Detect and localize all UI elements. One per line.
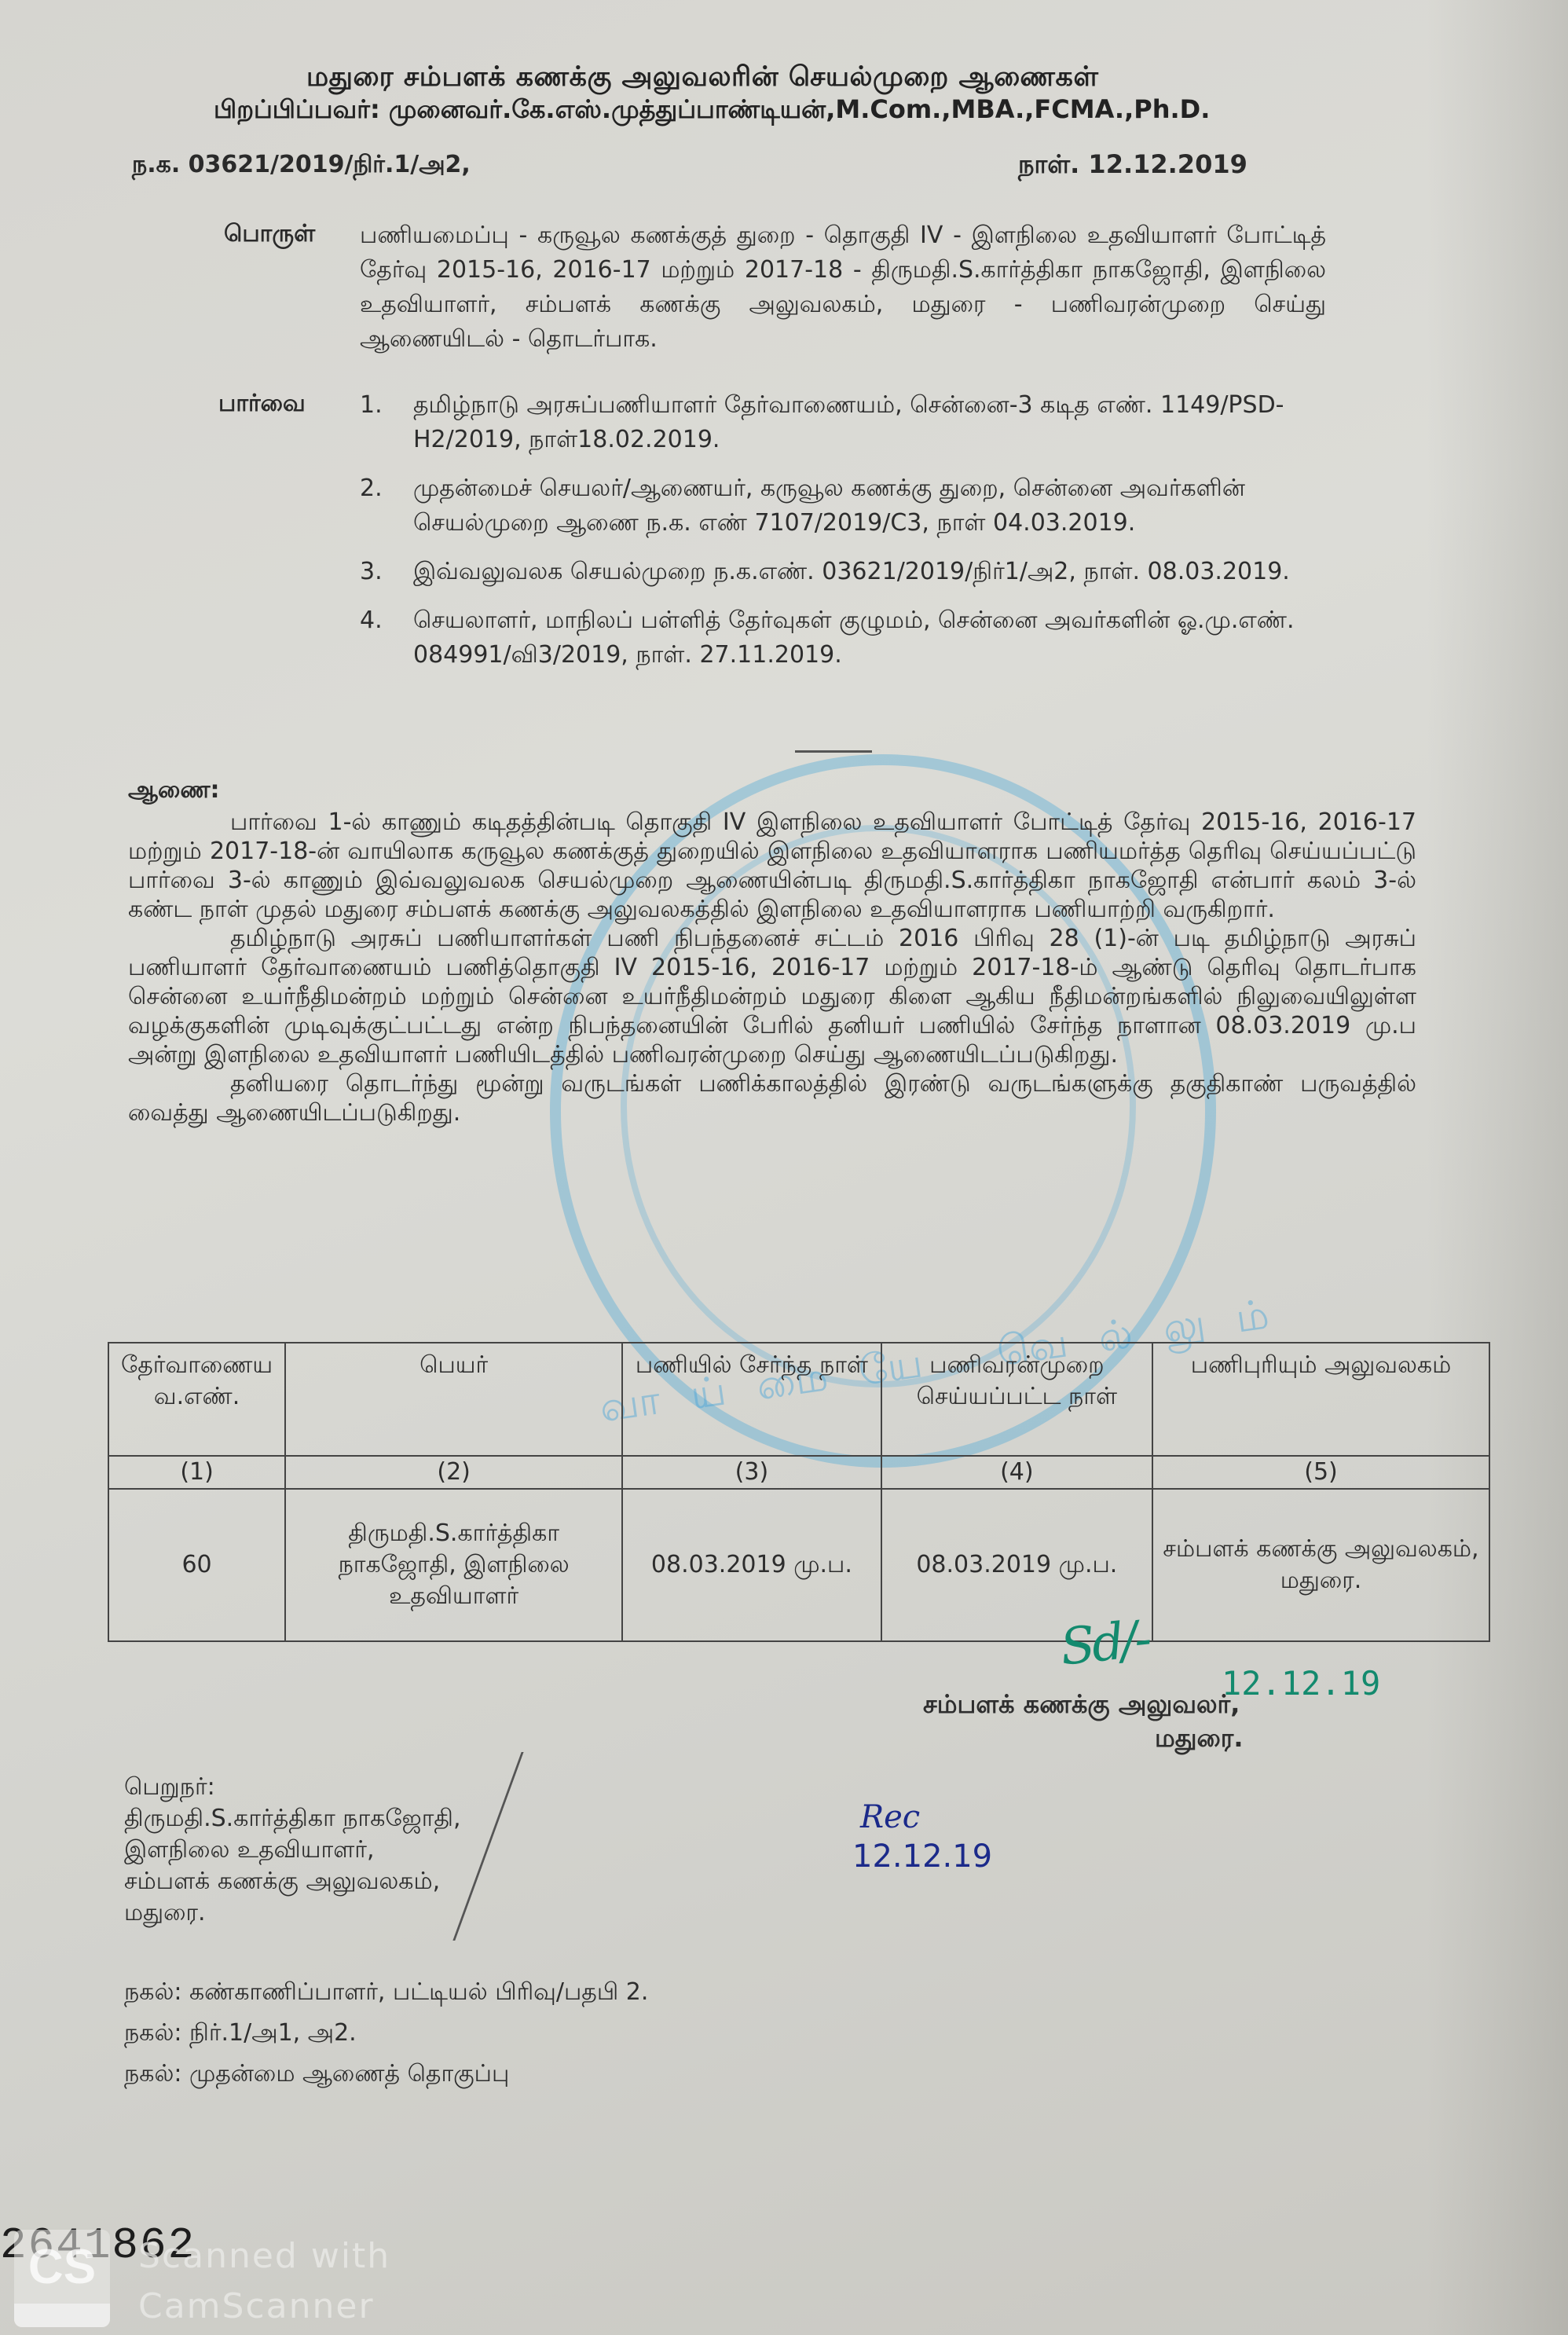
cell-serial: 60 [108, 1489, 285, 1641]
reference-text-4: செயலாளர், மாநிலப் பள்ளித் தேர்வுகள் குழு… [413, 603, 1334, 673]
page-edge-shadow [1427, 0, 1568, 2335]
column-number-row: (1) (2) (3) (4) (5) [108, 1456, 1489, 1489]
table-header-row: தேர்வாணைய வ.எண். பெயர் பணியில் சேர்ந்த ந… [108, 1343, 1489, 1456]
officer-signature: Sd/- [1057, 1610, 1151, 1677]
reference-number-3: 3. [360, 555, 413, 589]
watermark-line-1: Scanned with [138, 2231, 390, 2282]
recipient-line: மதுரை. [124, 1897, 461, 1929]
issuing-authority: பிறப்பிப்பவர்: முனைவர்.கே.எஸ்.முத்துப்பா… [214, 94, 1210, 127]
reference-number-1: 1. [360, 388, 413, 457]
camscanner-watermark: Scanned with CamScanner [138, 2231, 390, 2332]
reference-text-3: இவ்வலுவலக செயல்முறை ந.க.எண். 03621/2019/… [413, 555, 1334, 589]
document-title: மதுரை சம்பளக் கணக்கு அலுவலரின் செயல்முறை… [306, 61, 1098, 96]
header-name: பெயர் [285, 1343, 622, 1456]
header-joining-date: பணியில் சேர்ந்த நாள் [622, 1343, 881, 1456]
column-number: (2) [285, 1456, 622, 1489]
header-working-office: பணிபுரியும் அலுவலகம் [1152, 1343, 1489, 1456]
reference-text-2: முதன்மைச் செயலர்/ஆணையர், கருவூல கணக்கு த… [413, 471, 1334, 541]
regularisation-table: தேர்வாணைய வ.எண். பெயர் பணியில் சேர்ந்த ந… [108, 1342, 1490, 1642]
recipient-line: இளநிலை உதவியாளர், [124, 1835, 461, 1866]
acknowledgement-date: 12.12.19 [852, 1838, 992, 1875]
copy-to-list: நகல்: கண்காணிப்பாளர், பட்டியல் பிரிவு/பத… [124, 1972, 648, 2095]
header-regularisation-date: பணிவரன்முறை செய்யப்பட்ட நாள் [881, 1343, 1152, 1456]
column-number: (3) [622, 1456, 881, 1489]
references-label: பார்வை [218, 390, 306, 420]
subject-label: பொருள் [224, 220, 315, 251]
reference-item: 1. தமிழ்நாடு அரசுப்பணியாளர் தேர்வாணையம்,… [360, 388, 1334, 457]
reference-number-4: 4. [360, 603, 413, 673]
header-tnpsc-serial: தேர்வாணைய வ.எண். [108, 1343, 285, 1456]
reference-item: 2. முதன்மைச் செயலர்/ஆணையர், கருவூல கணக்க… [360, 471, 1334, 541]
document-date: நாள். 12.12.2019 [1018, 149, 1247, 182]
table-row: 60 திருமதி.S.கார்த்திகா நாகஜோதி, இளநிலை … [108, 1489, 1489, 1641]
references-list: 1. தமிழ்நாடு அரசுப்பணியாளர் தேர்வாணையம்,… [360, 388, 1334, 687]
column-number: (4) [881, 1456, 1152, 1489]
order-label: ஆணை: [128, 776, 220, 807]
column-number: (1) [108, 1456, 285, 1489]
recipient-label: பெறுநர்: [124, 1772, 461, 1803]
reference-text-1: தமிழ்நாடு அரசுப்பணியாளர் தேர்வாணையம், செ… [413, 388, 1334, 457]
camscanner-logo-icon: CS [14, 2230, 110, 2327]
copy-to-item: நகல்: நிர்.1/அ1, அ2. [124, 2013, 648, 2054]
section-divider [795, 750, 872, 753]
order-paragraph-1: பார்வை 1-ல் காணும் கடிதத்தின்படி தொகுதி … [128, 808, 1416, 924]
recipient-line: சம்பளக் கணக்கு அலுவலகம், [124, 1866, 461, 1897]
cell-office: சம்பளக் கணக்கு அலுவலகம், மதுரை. [1152, 1489, 1489, 1641]
order-paragraph-3: தனியரை தொடர்ந்து மூன்று வருடங்கள் பணிக்க… [128, 1069, 1416, 1127]
recipient-line: திருமதி.S.கார்த்திகா நாகஜோதி, [124, 1803, 461, 1835]
reference-item: 3. இவ்வலுவலக செயல்முறை ந.க.எண். 03621/20… [360, 555, 1334, 589]
camscanner-logo-bar [14, 2304, 110, 2327]
officer-signature-date: 12.12.19 [1222, 1664, 1380, 1703]
copy-to-item: நகல்: முதன்மை ஆணைத் தொகுப்பு [124, 2054, 648, 2095]
cell-joining-date: 08.03.2019 மு.ப. [622, 1489, 881, 1641]
reference-number: ந.க. 03621/2019/நிர்.1/அ2, [132, 151, 471, 181]
subject-text: பணியமைப்பு - கருவூல கணக்குத் துறை - தொகு… [360, 218, 1326, 357]
acknowledgement-initials: Rec [860, 1799, 920, 1835]
order-body: பார்வை 1-ல் காணும் கடிதத்தின்படி தொகுதி … [128, 808, 1416, 1127]
cell-name: திருமதி.S.கார்த்திகா நாகஜோதி, இளநிலை உதவ… [285, 1489, 622, 1641]
camscanner-logo-text: CS [14, 2230, 110, 2304]
column-number: (5) [1152, 1456, 1489, 1489]
officer-designation: சம்பளக் கணக்கு அலுவலர், [923, 1689, 1240, 1722]
reference-item: 4. செயலாளர், மாநிலப் பள்ளித் தேர்வுகள் க… [360, 603, 1334, 673]
order-paragraph-2: தமிழ்நாடு அரசுப் பணியாளர்கள் பணி நிபந்தன… [128, 924, 1416, 1069]
watermark-line-2: CamScanner [138, 2282, 390, 2332]
copy-to-item: நகல்: கண்காணிப்பாளர், பட்டியல் பிரிவு/பத… [124, 1972, 648, 2013]
reference-number-2: 2. [360, 471, 413, 541]
officer-city: மதுரை. [1155, 1723, 1243, 1756]
recipient-block: பெறுநர்: திருமதி.S.கார்த்திகா நாகஜோதி, இ… [124, 1772, 461, 1929]
